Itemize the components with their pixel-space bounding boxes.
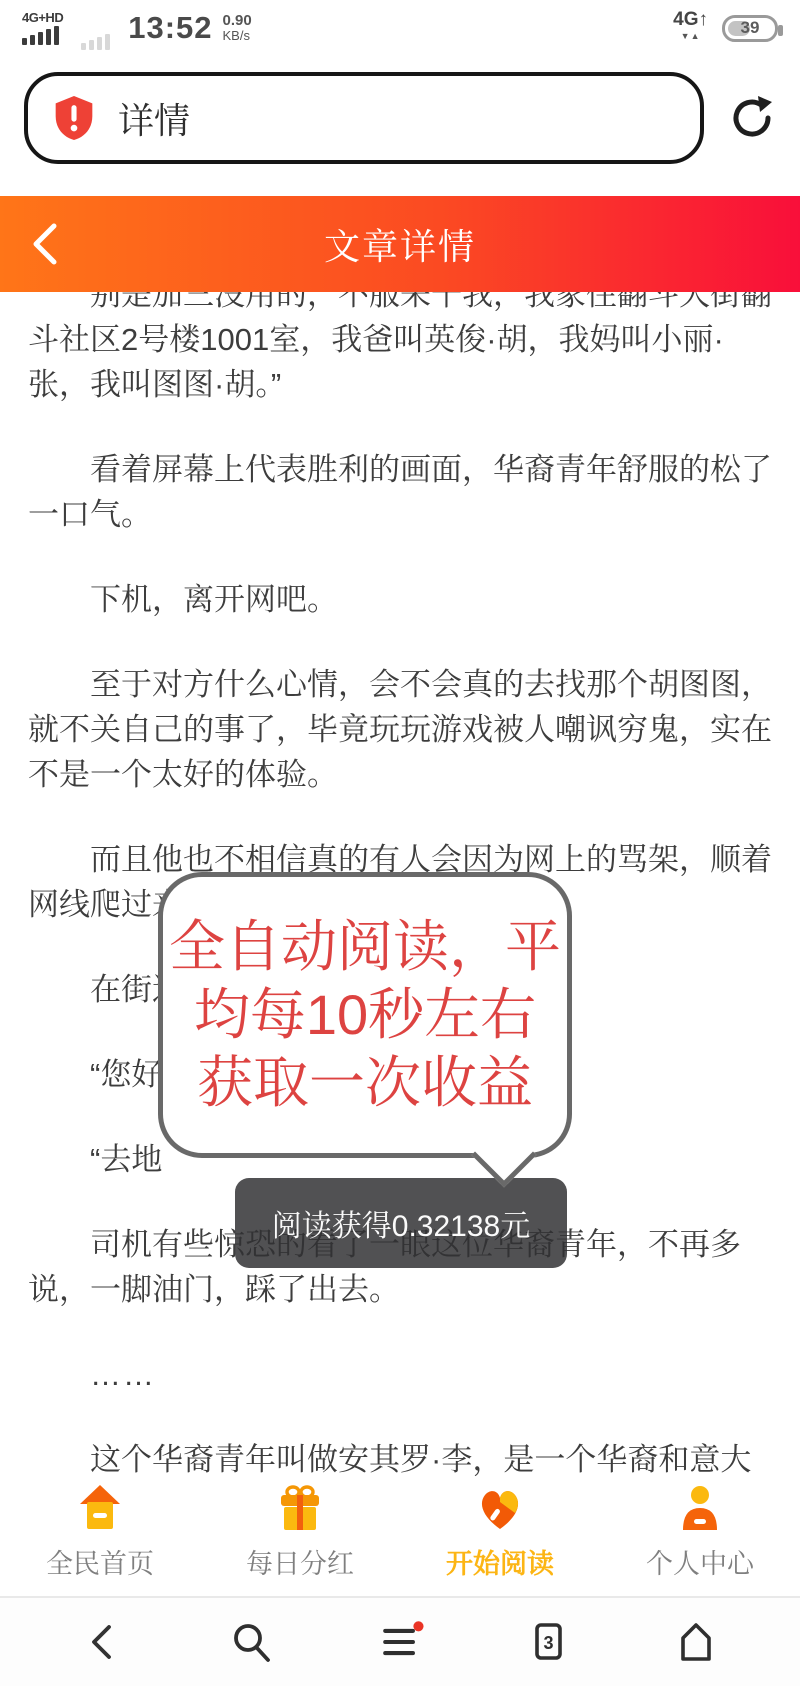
browser-home-button[interactable] — [672, 1618, 720, 1666]
page-title: 文章详情 — [324, 219, 476, 270]
browser-url-row: 详情 — [0, 56, 800, 180]
promo-text-line: 获取一次收益 — [197, 1049, 533, 1117]
signal-strength-icon: 4G+HD — [22, 12, 63, 45]
nav-item-start-reading[interactable]: 开始阅读 — [400, 1482, 600, 1596]
home-outline-icon — [674, 1620, 718, 1664]
search-icon — [230, 1620, 274, 1664]
reward-toast-text: 阅读获得0.32138元 — [272, 1201, 530, 1245]
browser-menu-button[interactable] — [376, 1618, 424, 1666]
browser-back-button[interactable] — [80, 1618, 128, 1666]
back-icon[interactable] — [26, 222, 66, 266]
mobile-data-icon: 4G↑ ▼▲ — [673, 12, 708, 44]
app-bottom-nav: 全民首页 每日分红 开始阅读 个人中心 — [0, 1478, 800, 1596]
promo-speech-bubble: 全自动阅读，平 均每10秒左右 获取一次收益 — [158, 872, 572, 1158]
clock: 13:52 — [128, 10, 212, 46]
article-paragraph: 别是加三没用的，不服来干我，我家住翻斗大街翻斗社区2号楼1001室，我爸叫英俊·… — [28, 292, 772, 407]
nav-item-profile[interactable]: 个人中心 — [600, 1482, 800, 1596]
security-warning-icon — [52, 94, 96, 142]
promo-text-line: 全自动阅读，平 — [169, 913, 561, 981]
browser-tabs-button[interactable]: 3 — [524, 1618, 572, 1666]
tab-count: 3 — [543, 1633, 553, 1653]
article-paragraph: 至于对方什么心情，会不会真的去找那个胡图图，就不关自己的事了，毕竟玩玩游戏被人嘲… — [28, 662, 772, 797]
gift-icon — [274, 1482, 326, 1534]
status-bar: 4G+HD 13:52 0.90 KB/s 4G↑ ▼▲ 39 — [0, 0, 800, 56]
browser-search-button[interactable] — [228, 1618, 276, 1666]
article-paragraph: …… — [28, 1352, 772, 1397]
article-header: 文章详情 — [0, 196, 800, 292]
home-icon — [74, 1482, 126, 1534]
menu-notification-badge — [413, 1621, 423, 1631]
nav-label: 全民首页 — [46, 1542, 154, 1581]
article-paragraph: 下机，离开网吧。 — [28, 577, 772, 622]
nav-item-dividend[interactable]: 每日分红 — [200, 1482, 400, 1596]
browser-bottom-bar: 3 — [0, 1598, 800, 1686]
article-paragraph: 看着屏幕上代表胜利的画面，华裔青年舒服的松了一口气。 — [28, 447, 772, 537]
address-bar[interactable]: 详情 — [24, 72, 704, 164]
network-speed: 0.90 KB/s — [223, 13, 252, 43]
promo-text-line: 均每10秒左右 — [194, 981, 536, 1049]
nav-label: 个人中心 — [646, 1542, 754, 1581]
back-arrow-icon — [84, 1622, 124, 1662]
nav-label: 每日分红 — [246, 1542, 354, 1581]
user-icon — [674, 1482, 726, 1534]
heart-icon — [474, 1482, 526, 1534]
reading-reward-toast: 阅读获得0.32138元 — [235, 1178, 567, 1268]
battery-percent: 39 — [741, 18, 760, 38]
article-paragraph: 这个华裔青年叫做安其罗·李，是一个华裔和意大利裔 — [28, 1437, 772, 1478]
page-title-text: 详情 — [118, 93, 190, 144]
nav-item-home[interactable]: 全民首页 — [0, 1482, 200, 1596]
signal-strength-icon-sim2 — [81, 32, 110, 50]
refresh-icon[interactable] — [728, 94, 776, 142]
network-type-label: 4G+HD — [22, 12, 63, 24]
tabs-icon: 3 — [526, 1620, 570, 1664]
nav-label: 开始阅读 — [446, 1542, 554, 1581]
battery-icon: 39 — [722, 15, 778, 42]
menu-icon — [376, 1619, 424, 1665]
